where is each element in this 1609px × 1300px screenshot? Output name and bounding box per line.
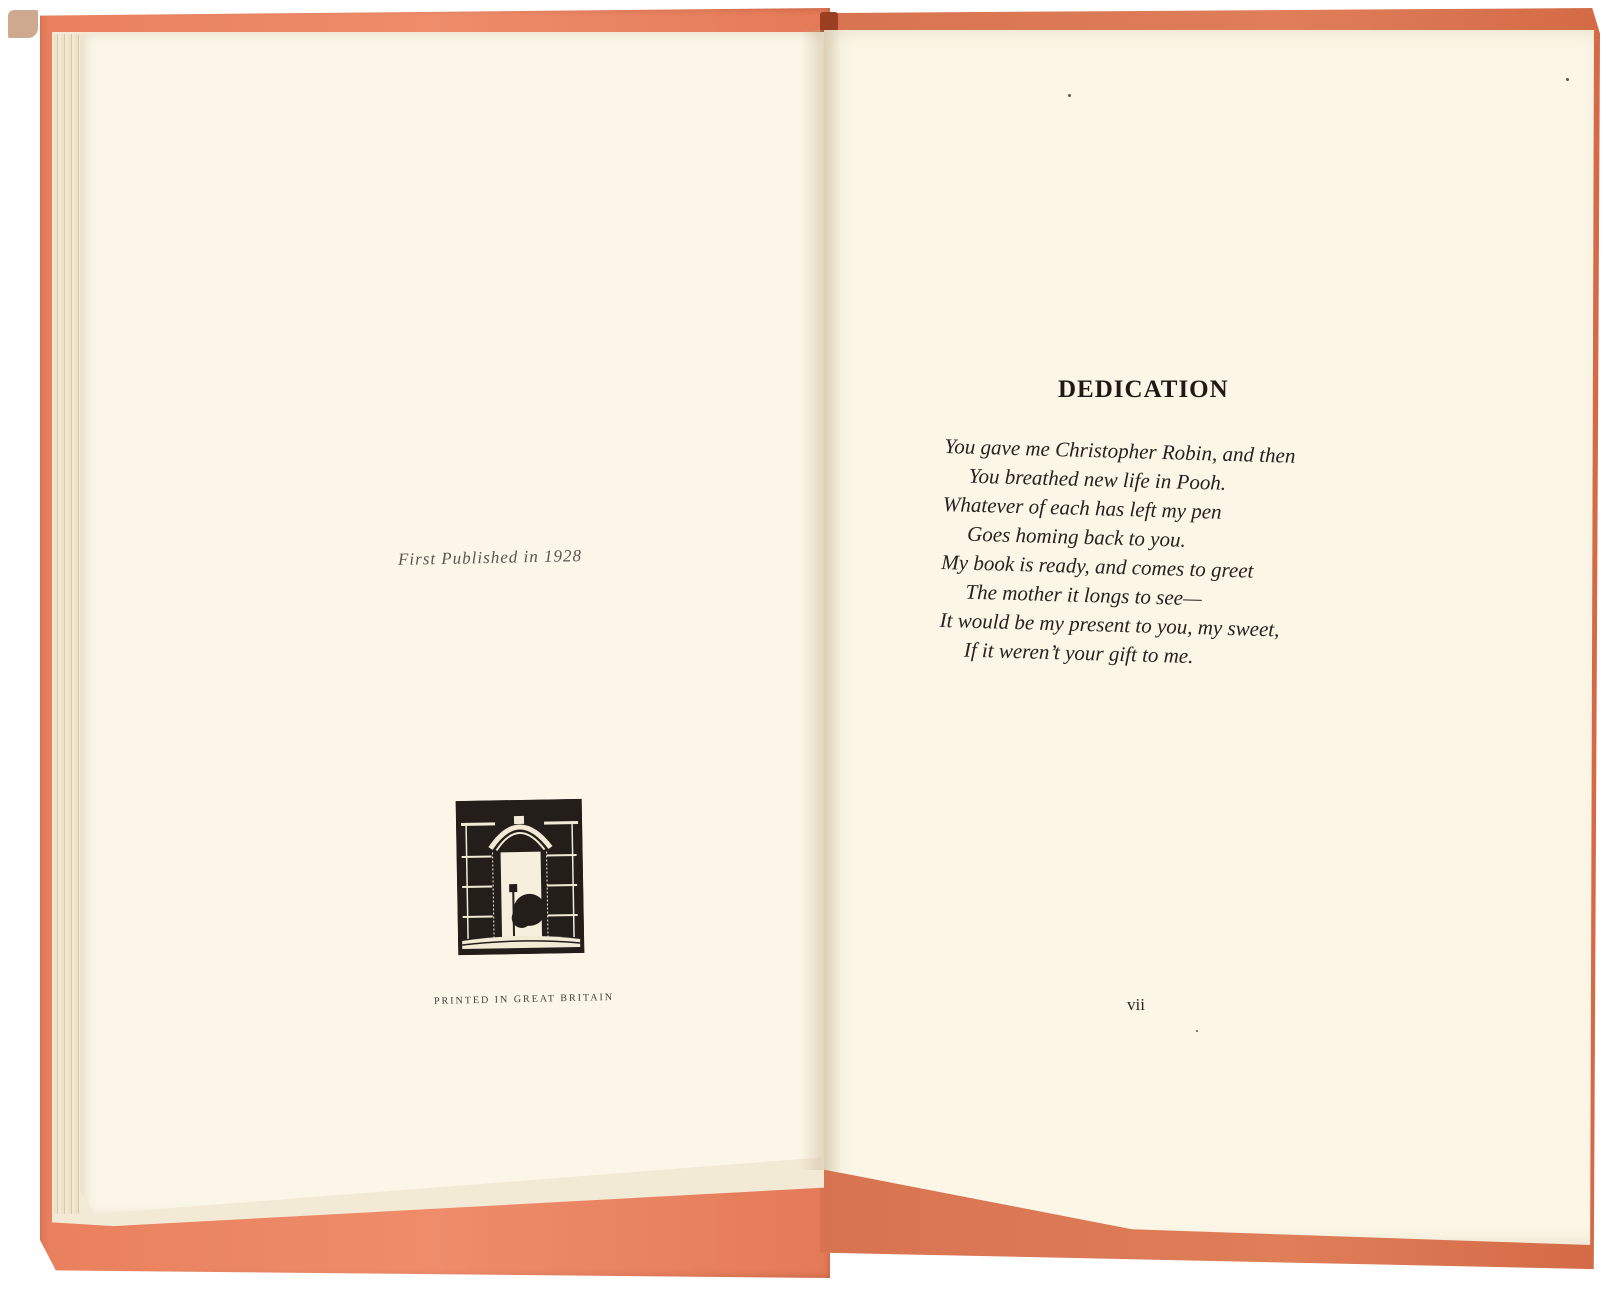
dedication-poem: You gave me Christopher Robin, and then … <box>939 432 1296 674</box>
dedication-heading: DEDICATION <box>1058 376 1229 404</box>
page-edges <box>54 34 80 1214</box>
left-page <box>80 34 822 1214</box>
worn-corner <box>8 10 38 38</box>
paper-speck <box>1068 94 1071 97</box>
paper-speck <box>1566 78 1569 81</box>
first-published-text: First Published in 1928 <box>398 546 582 570</box>
printer-device-woodcut-icon <box>456 799 585 955</box>
paper-speck <box>1196 1030 1198 1032</box>
gutter-shadow <box>800 30 840 1170</box>
page-number: vii <box>1127 995 1145 1015</box>
